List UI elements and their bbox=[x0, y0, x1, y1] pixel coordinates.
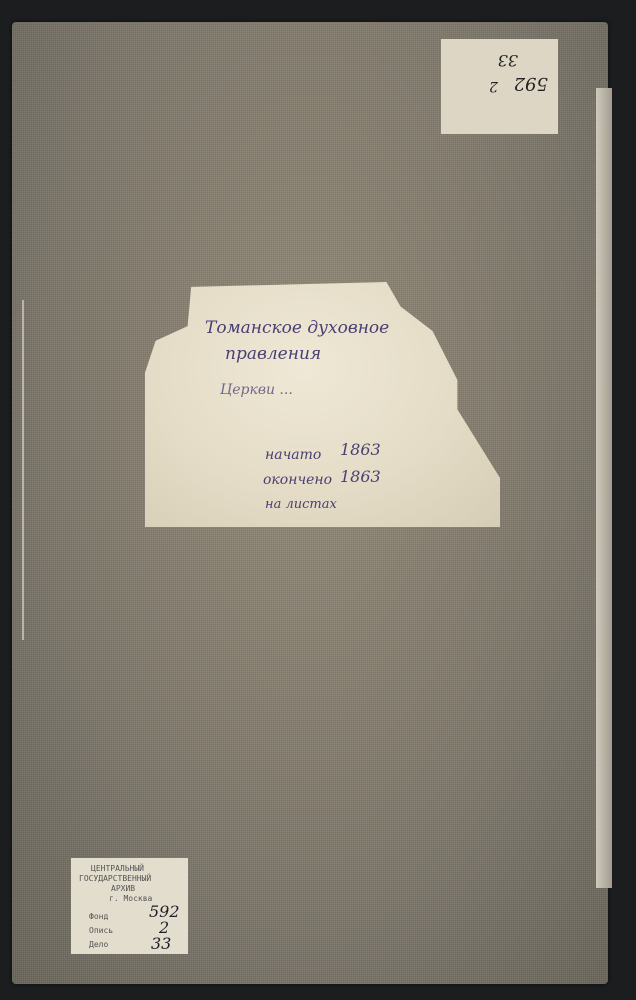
stamp-header-1: ЦЕНТРАЛЬНЫЙ bbox=[91, 864, 144, 873]
stamp-city: г. Москва bbox=[109, 894, 152, 903]
stamp-opis-label: Опись bbox=[89, 926, 113, 935]
archive-stamp-top: 592 2 33 bbox=[441, 39, 558, 134]
binding-thread bbox=[22, 300, 34, 640]
stamp-header-3: АРХИВ bbox=[111, 884, 135, 893]
label-line-3: Церкви ... bbox=[220, 382, 293, 398]
began-label: начато bbox=[265, 447, 321, 463]
label-line-2: правления bbox=[225, 344, 321, 364]
began-year: 1863 bbox=[340, 440, 381, 459]
stamp-top-delo: 33 bbox=[498, 51, 518, 70]
stamp-top-opis: 2 bbox=[489, 78, 498, 94]
stamp-fond-label: Фонд bbox=[89, 912, 108, 921]
stamp-header-2: ГОСУДАРСТВЕННЫЙ bbox=[79, 874, 151, 883]
label-line-1: Томанское духовное bbox=[205, 318, 389, 338]
page-edges bbox=[596, 88, 612, 888]
stamp-top-fond: 592 bbox=[514, 73, 548, 94]
stamp-delo-value: 33 bbox=[151, 934, 171, 953]
stamp-delo-label: Дело bbox=[89, 940, 108, 949]
ended-year: 1863 bbox=[340, 467, 381, 486]
archive-stamp-bottom: ЦЕНТРАЛЬНЫЙ ГОСУДАРСТВЕННЫЙ АРХИВ г. Мос… bbox=[71, 858, 188, 954]
ended-label: окончено bbox=[263, 472, 332, 488]
sheets-label: на листах bbox=[265, 497, 337, 512]
